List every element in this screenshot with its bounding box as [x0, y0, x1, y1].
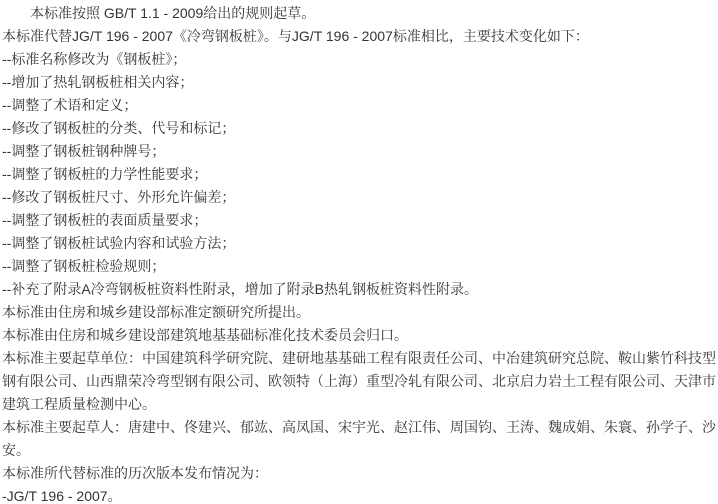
paragraph-previous-editions-intro: 本标准所代替标准的历次版本发布情况为： — [2, 462, 718, 485]
change-item-inspection-rules: --调整了钢板桩检验规则； — [2, 255, 718, 278]
change-item-steel-grades: --调整了钢板桩钢种牌号； — [2, 140, 718, 163]
change-item-name-revision: --标准名称修改为《钢板桩》； — [2, 48, 718, 71]
paragraph-drafting-organizations: 本标准主要起草单位：中国建筑科学研究院、建研地基基础工程有限责任公司、中冶建筑研… — [2, 347, 718, 416]
document-page: 本标准按照 GB/T 1.1 - 2009给出的规则起草。 本标准代替JG/T … — [0, 0, 718, 504]
change-item-mechanical-properties: --调整了钢板桩的力学性能要求； — [2, 163, 718, 186]
change-item-appendices: --补充了附录A冷弯钢板桩资料性附录，增加了附录B热轧钢板桩资料性附录。 — [2, 278, 718, 301]
paragraph-previous-edition-item: -JG/T 196 - 2007。 — [2, 485, 718, 504]
paragraph-under-jurisdiction-of: 本标准由住房和城乡建设部建筑地基基础标准化技术委员会归口。 — [2, 324, 718, 347]
change-item-hot-rolled-content: --增加了热轧钢板桩相关内容； — [2, 71, 718, 94]
change-item-classification-codes: --修改了钢板桩的分类、代号和标记； — [2, 117, 718, 140]
paragraph-drafting-basis: 本标准按照 GB/T 1.1 - 2009给出的规则起草。 — [2, 2, 718, 25]
change-item-test-methods: --调整了钢板桩试验内容和试验方法； — [2, 232, 718, 255]
paragraph-proposed-by: 本标准由住房和城乡建设部标准定额研究所提出。 — [2, 301, 718, 324]
change-item-dimension-tolerances: --修改了钢板桩尺寸、外形允许偏差； — [2, 186, 718, 209]
paragraph-main-drafters: 本标准主要起草人：唐建中、佟建兴、郁竑、高凤国、宋宇光、赵江伟、周国钧、王涛、魏… — [2, 416, 718, 462]
paragraph-replacement-statement: 本标准代替JG/T 196 - 2007《冷弯钢板桩》。与JG/T 196 - … — [2, 25, 718, 48]
change-item-terms-definitions: --调整了术语和定义； — [2, 94, 718, 117]
change-item-surface-quality: --调整了钢板桩的表面质量要求； — [2, 209, 718, 232]
